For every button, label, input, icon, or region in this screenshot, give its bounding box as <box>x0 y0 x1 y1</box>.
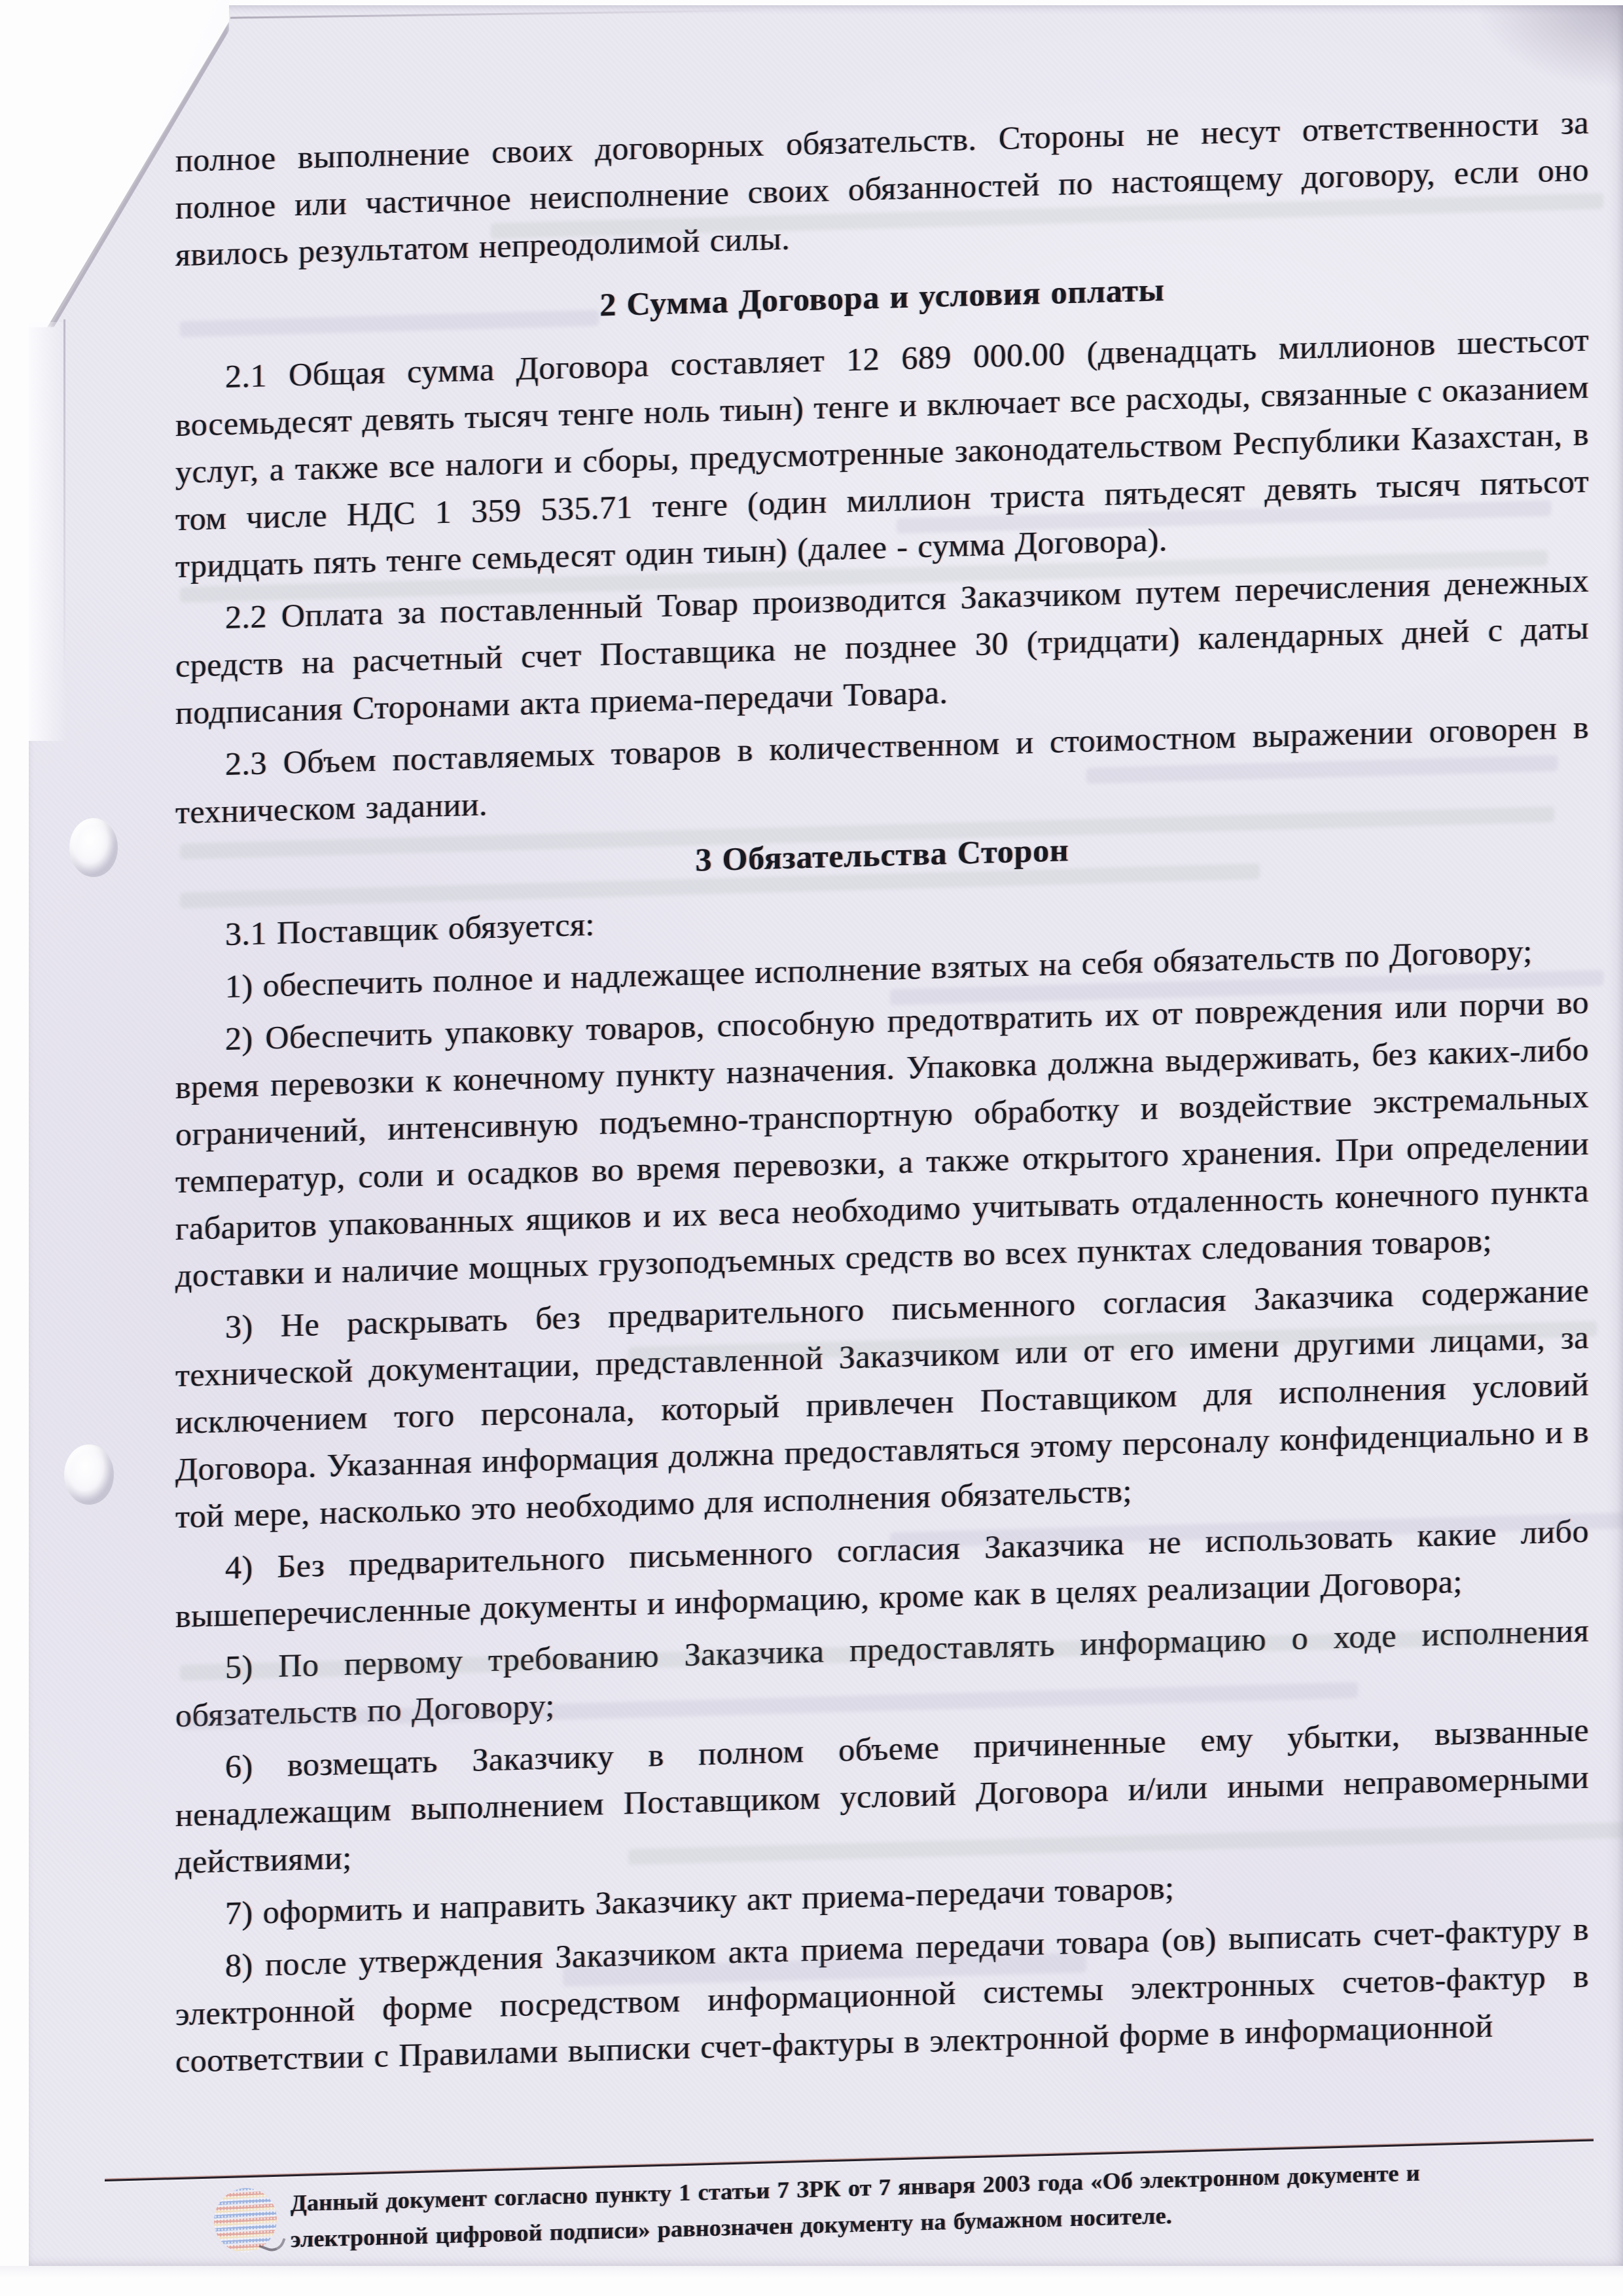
obligation-item-3: 3) Не раскрывать без предварительного пи… <box>175 1266 1589 1540</box>
contract-text-column: полное выполнение своих договорных обяза… <box>175 99 1589 2085</box>
scanned-page: полное выполнение своих договорных обяза… <box>29 5 1623 2266</box>
paragraph-force-majeure: полное выполнение своих договорных обяза… <box>175 99 1589 278</box>
stamp-icon <box>214 2187 277 2253</box>
hole-punch <box>69 818 118 877</box>
page-left-edge-line <box>63 319 65 686</box>
page-left-edge <box>29 322 67 741</box>
page-footer: Данный документ согласно пункту 1 статьи… <box>105 2139 1594 2263</box>
hole-punch <box>64 1444 114 1505</box>
page-tilt-layer: полное выполнение своих договорных обяза… <box>105 98 1594 2087</box>
obligation-item-2: 2) Обеспечить упаковку товаров, способну… <box>175 978 1589 1299</box>
clause-2-1: 2.1 Общая сумма Договора составляет 12 6… <box>175 316 1589 590</box>
scanner-bottom-band <box>0 2266 1623 2296</box>
footer-row: Данный документ согласно пункту 1 статьи… <box>105 2149 1594 2263</box>
